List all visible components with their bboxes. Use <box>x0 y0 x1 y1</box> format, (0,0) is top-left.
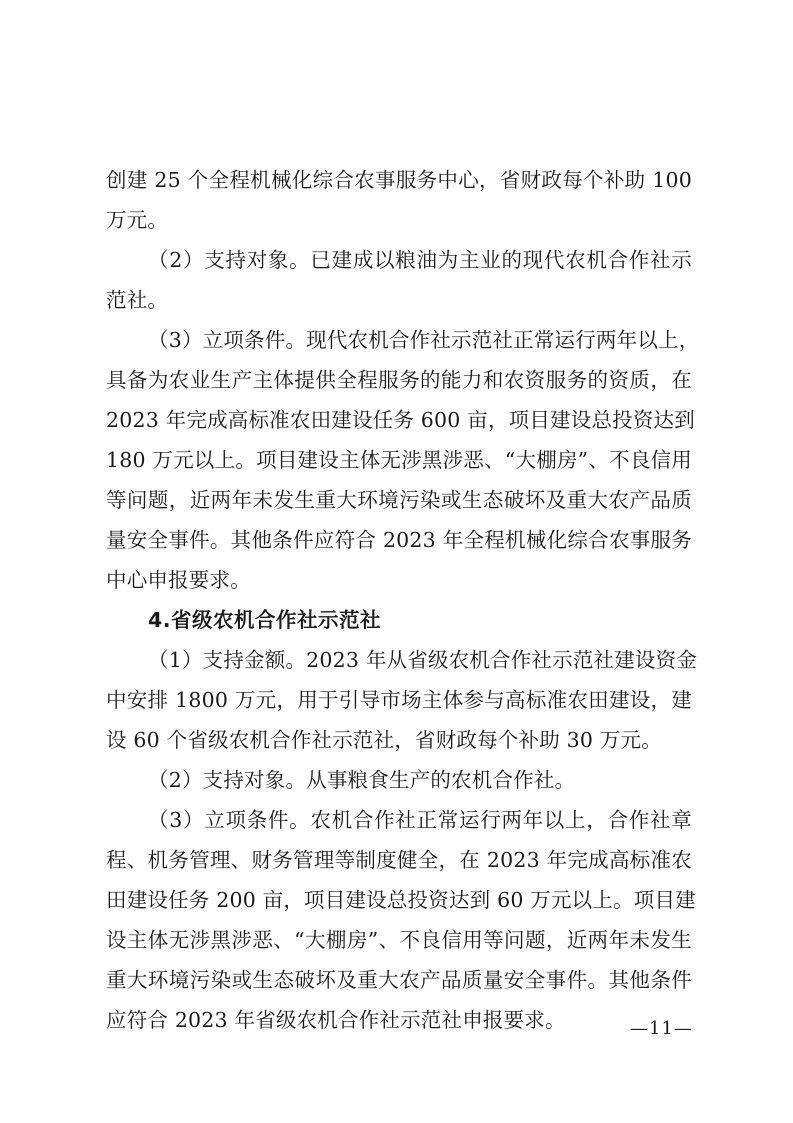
body-line: 等问题，近两年未发生重大环境污染或生态破坏及重大农产品质 <box>106 480 692 520</box>
body-line: 具备为农业生产主体提供全程服务的能力和农资服务的资质，在 <box>106 360 692 400</box>
body-line: 创建 25 个全程机械化综合农事服务中心，省财政每个补助 100 <box>106 160 692 200</box>
body-line: 应符合 2023 年省级农机合作社示范社申报要求。 <box>106 1000 692 1040</box>
body-line: 范社。 <box>106 280 692 320</box>
body-line: 中心申报要求。 <box>106 560 692 600</box>
body-line: 田建设任务 200 亩，项目建设总投资达到 60 万元以上。项目建 <box>106 880 692 920</box>
paragraph-support-amount: （1）支持金额。2023 年从省级农机合作社示范社建设资金 <box>148 640 692 680</box>
body-line: 180 万元以上。项目建设主体无涉黑涉恶、“大棚房”、不良信用 <box>106 440 692 480</box>
paragraph-project-conditions: （3）立项条件。农机合作社正常运行两年以上，合作社章 <box>148 800 692 840</box>
page-number: —11— <box>630 1017 693 1041</box>
body-line: 重大环境污染或生态破坏及重大农产品质量安全事件。其他条件 <box>106 960 692 1000</box>
body-line: 2023 年完成高标准农田建设任务 600 亩，项目建设总投资达到 <box>106 400 692 440</box>
paragraph-support-target: （2）支持对象。已建成以粮油为主业的现代农机合作社示 <box>148 240 692 280</box>
document-page: 创建 25 个全程机械化综合农事服务中心，省财政每个补助 100 万元。 （2）… <box>0 0 793 1123</box>
paragraph-project-conditions: （3）立项条件。现代农机合作社示范社正常运行两年以上， <box>148 320 692 360</box>
body-line: 中安排 1800 万元，用于引导市场主体参与高标准农田建设，建 <box>106 680 692 720</box>
paragraph-support-target: （2）支持对象。从事粮食生产的农机合作社。 <box>148 760 692 800</box>
body-line: 万元。 <box>106 200 692 240</box>
body-line: 程、机务管理、财务管理等制度健全，在 2023 年完成高标准农 <box>106 840 692 880</box>
body-line: 设 60 个省级农机合作社示范社，省财政每个补助 30 万元。 <box>106 720 692 760</box>
body-line: 量安全事件。其他条件应符合 2023 年全程机械化综合农事服务 <box>106 520 692 560</box>
section-heading: 4.省级农机合作社示范社 <box>148 600 692 640</box>
body-line: 设主体无涉黑涉恶、“大棚房”、不良信用等问题，近两年未发生 <box>106 920 692 960</box>
